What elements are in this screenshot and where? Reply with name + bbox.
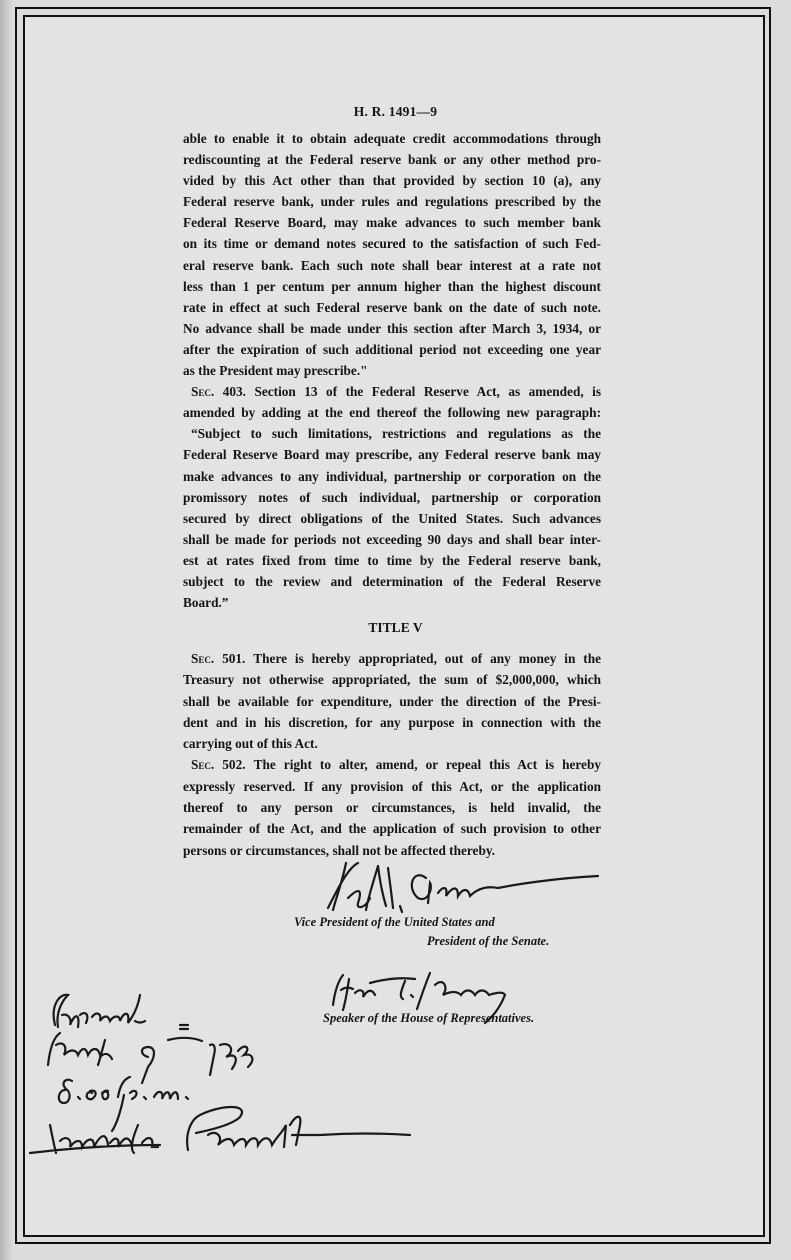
sec-402-line: rate in effect at such Federal reserve b…	[183, 297, 601, 318]
sec-402-line: Federal reserve bank, under rules and re…	[183, 191, 601, 212]
sec-402-line: as the President may prescribe."	[183, 360, 601, 381]
sec-403-line: make advances to any individual, partner…	[183, 466, 601, 487]
section-label: Sec. 501.	[191, 651, 253, 666]
sec-403-line: Federal Reserve Board may prescribe, any…	[183, 444, 601, 465]
approval-handwriting	[20, 985, 420, 1175]
section-label: Sec. 403.	[191, 384, 254, 399]
vice-president-title-line-2: President of the Senate.	[427, 934, 549, 949]
sec-501-line: carrying out of this Act.	[183, 733, 601, 754]
sec-403-line: promissory notes of such individual, par…	[183, 487, 601, 508]
sec-402-line: after the expiration of such additional …	[183, 339, 601, 360]
paragraph-sec-403: Sec. 403. Section 13 of the Federal Rese…	[183, 381, 601, 613]
sec-402-line: No advance shall be made under this sect…	[183, 318, 601, 339]
paragraph-sec-501: Sec. 501. There is hereby appropriated, …	[183, 648, 601, 754]
sec-502-line: expressly reserved. If any provision of …	[183, 776, 601, 797]
sec-502-line: thereof to any person or circumstances, …	[183, 797, 601, 818]
title-v-sections: Sec. 501. There is hereby appropriated, …	[183, 648, 601, 861]
paragraph-sec-502: Sec. 502. The right to alter, amend, or …	[183, 754, 601, 860]
sec-402-line: Federal Reserve Board, may make advances…	[183, 212, 601, 233]
sec-501-line: Sec. 501. There is hereby appropriated, …	[183, 648, 601, 669]
sec-501-line: shall be available for expenditure, unde…	[183, 691, 601, 712]
sec-402-line: less than 1 per centum per annum higher …	[183, 276, 601, 297]
section-label: Sec. 502.	[191, 757, 254, 772]
sec-502-line: remainder of the Act, and the applicatio…	[183, 818, 601, 839]
sec-501-line: dent and in his discretion, for any purp…	[183, 712, 601, 733]
sec-501-line: Treasury not otherwise appropriated, the…	[183, 669, 601, 690]
sec-402-line: vided by this Act other than that provid…	[183, 170, 601, 191]
title-heading: TITLE V	[0, 620, 791, 636]
body-text: able to enable it to obtain adequate cre…	[183, 128, 601, 613]
sec-403-line: shall be made for periods not exceeding …	[183, 529, 601, 550]
page-header: H. R. 1491—9	[0, 104, 791, 120]
sec-403-line: Sec. 403. Section 13 of the Federal Rese…	[183, 381, 601, 402]
sec-403-line: amended by adding at the end thereof the…	[183, 402, 601, 423]
sec-402-line: rediscounting at the Federal reserve ban…	[183, 149, 601, 170]
sec-402-line: able to enable it to obtain adequate cre…	[183, 128, 601, 149]
sec-502-line: Sec. 502. The right to alter, amend, or …	[183, 754, 601, 775]
vice-president-title-line-1: Vice President of the United States and	[294, 915, 495, 930]
paragraph-sec-402-continued: able to enable it to obtain adequate cre…	[183, 128, 601, 381]
sec-403-line: est at rates fixed from time to time by …	[183, 550, 601, 571]
sec-403-line: “Subject to such limitations, restrictio…	[183, 423, 601, 444]
sec-403-line: secured by direct obligations of the Uni…	[183, 508, 601, 529]
sec-402-line: on its time or demand notes secured to t…	[183, 233, 601, 254]
sec-402-line: eral reserve bank. Each such note shall …	[183, 255, 601, 276]
sec-403-line: Board.”	[183, 592, 601, 613]
sec-403-line: subject to the review and determination …	[183, 571, 601, 592]
vice-president-signature	[318, 858, 608, 918]
